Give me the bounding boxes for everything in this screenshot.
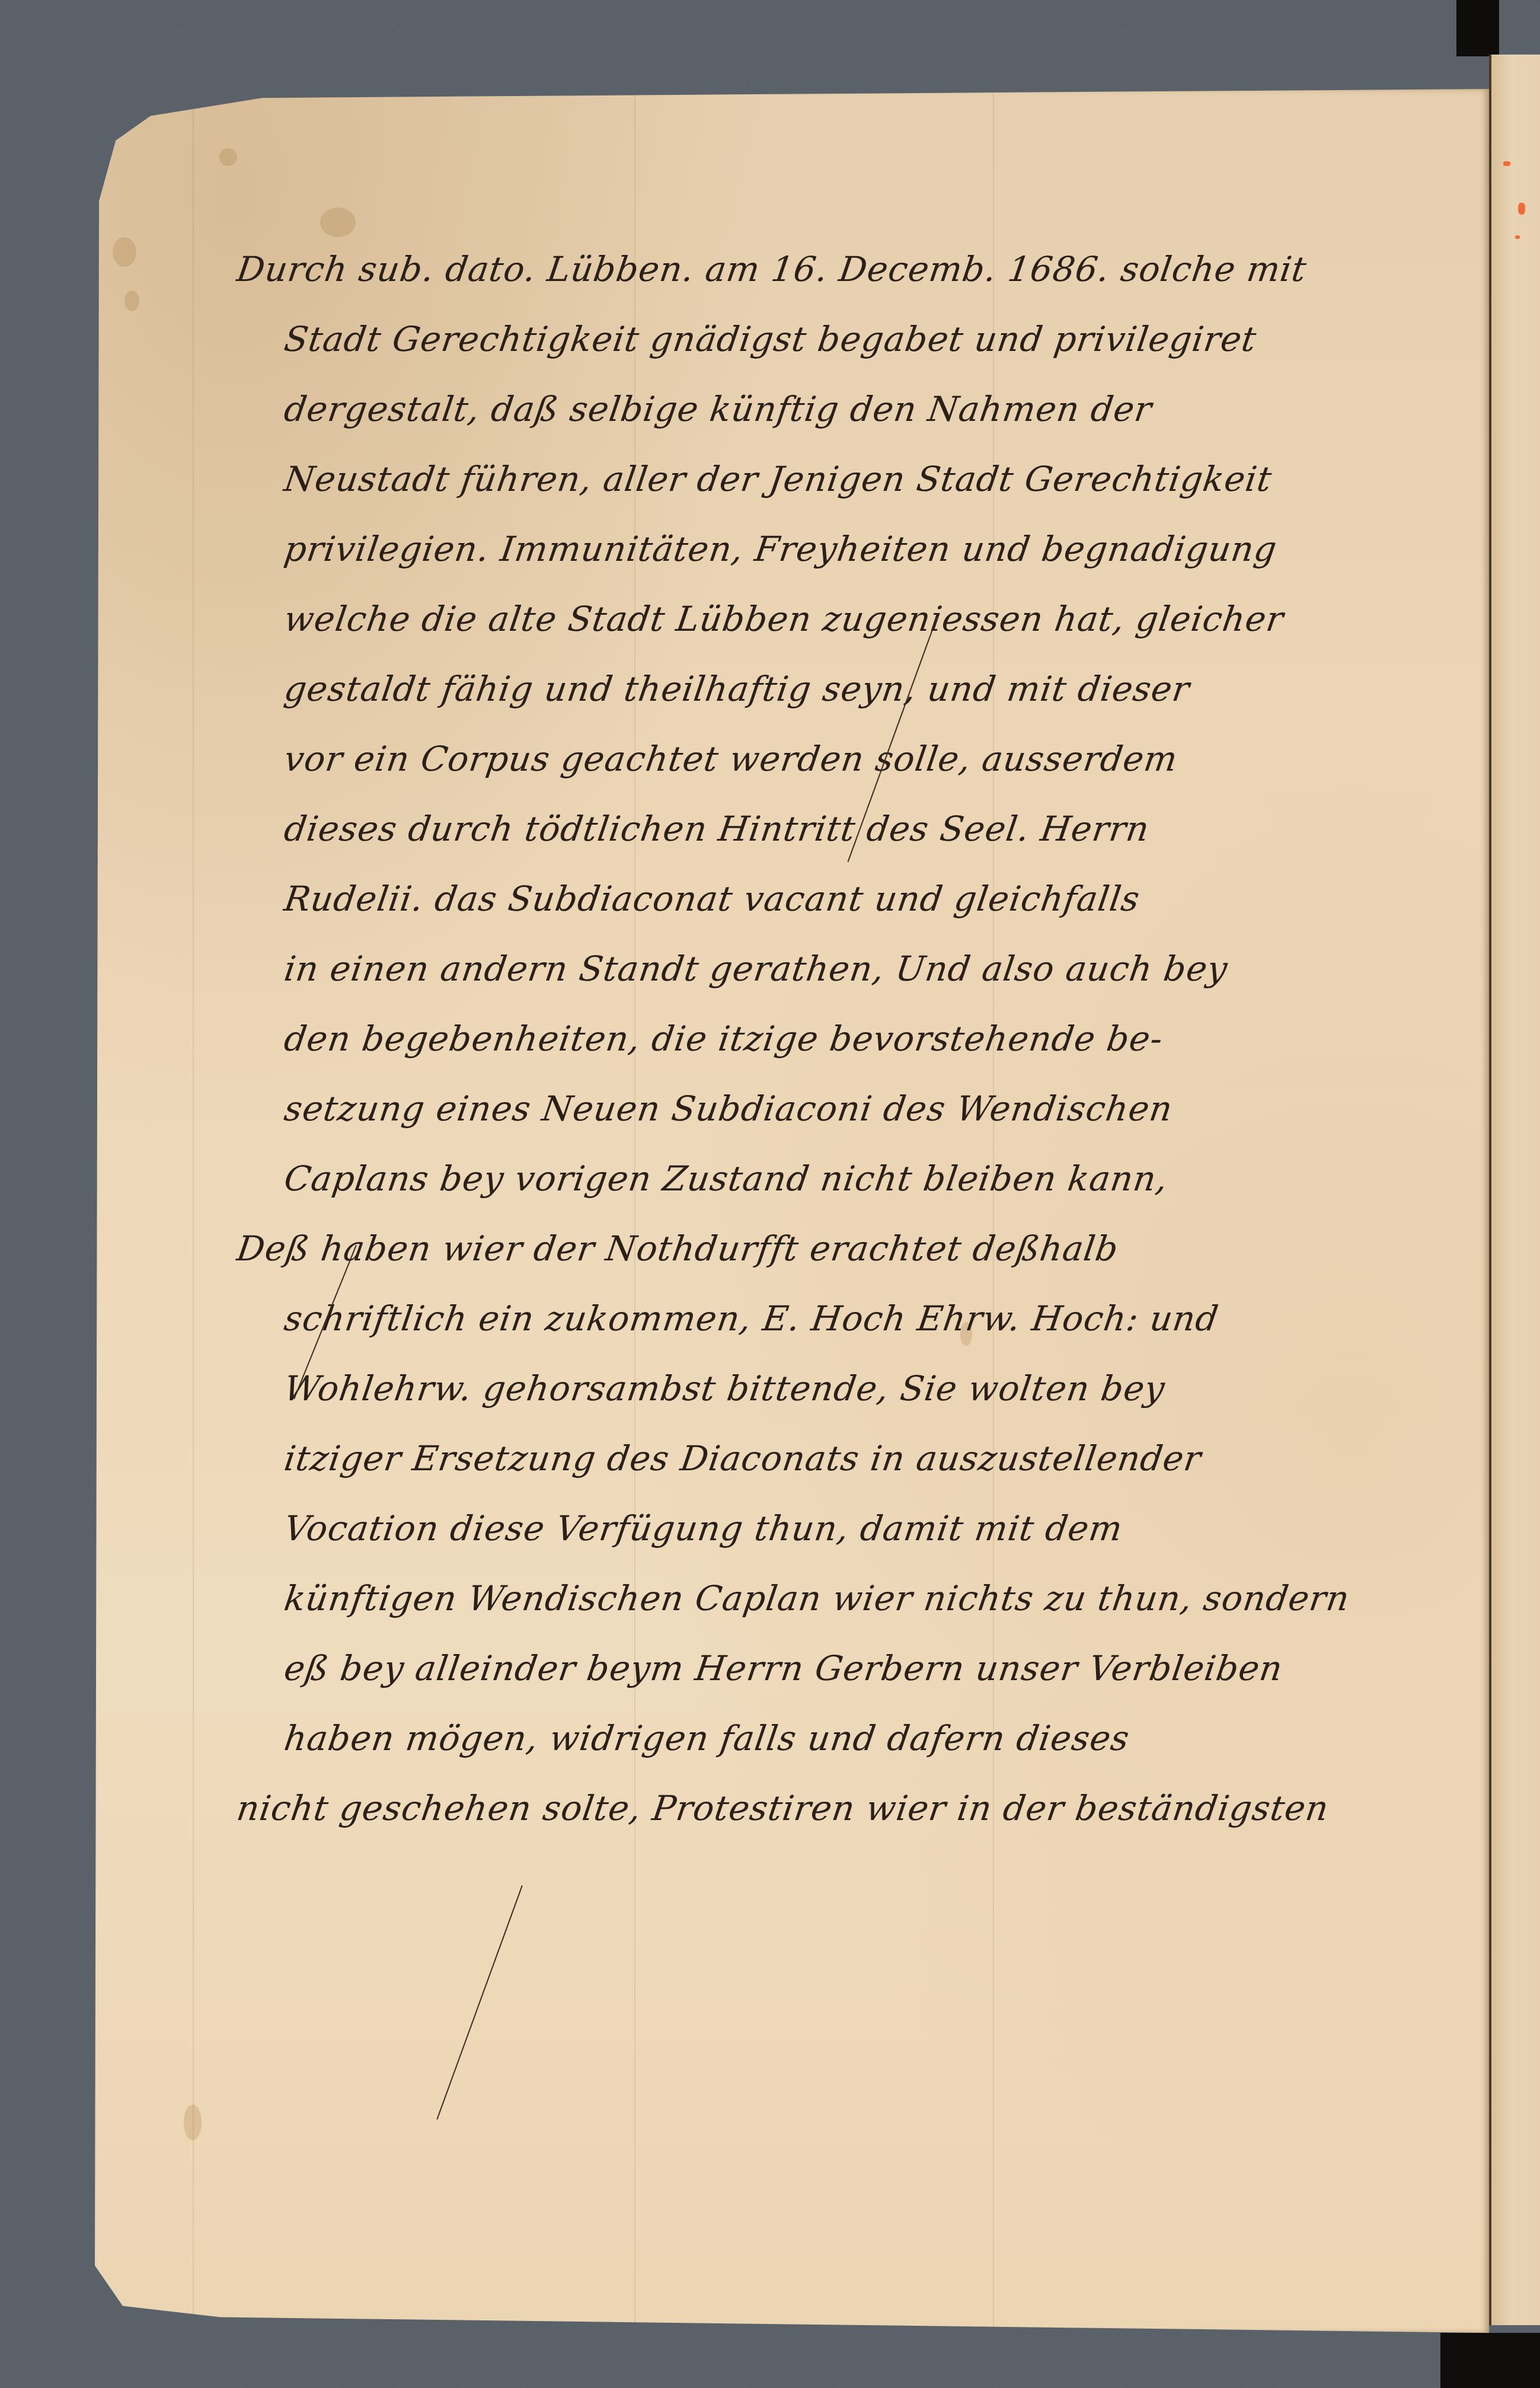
- red-ink-mark: [1518, 203, 1525, 215]
- text-line: Caplans bey vorigen Zustand nicht bleibe…: [256, 1144, 1505, 1214]
- text-line: eß bey alleinder beym Herrn Gerbern unse…: [256, 1633, 1505, 1703]
- text-line: schriftlich ein zukommen, E. Hoch Ehrw. …: [256, 1284, 1505, 1353]
- text-line: Wohlehrw. gehorsambst bittende, Sie wolt…: [256, 1353, 1505, 1423]
- text-line: Rudelii. das Subdiaconat vacant und glei…: [256, 864, 1505, 934]
- red-ink-mark: [1503, 161, 1510, 166]
- text-line: künftigen Wendischen Caplan wier nichts …: [256, 1563, 1505, 1633]
- text-line: Vocation diese Verfügung thun, damit mit…: [256, 1493, 1505, 1563]
- text-line: vor ein Corpus geachtet werden solle, au…: [256, 724, 1505, 794]
- text-line: in einen andern Standt gerathen, Und als…: [256, 934, 1505, 1004]
- text-line: itziger Ersetzung des Diaconats in auszu…: [256, 1423, 1505, 1493]
- text-line: welche die alte Stadt Lübben zugeniessen…: [256, 584, 1505, 654]
- paper-fold: [193, 89, 194, 2333]
- text-line: haben mögen, widrigen falls und dafern d…: [256, 1703, 1505, 1773]
- book-spine-bottom: [1440, 2333, 1540, 2388]
- text-line: Neustadt führen, aller der Jenigen Stadt…: [256, 444, 1505, 514]
- text-line: privilegien. Immunitäten, Freyheiten und…: [256, 514, 1505, 584]
- text-line: dergestalt, daß selbige künftig den Nahm…: [256, 374, 1505, 444]
- text-line: gestaldt fähig und theilhaftig seyn, und…: [256, 654, 1505, 724]
- book-spine-top: [1456, 0, 1499, 56]
- paper-stain: [124, 290, 139, 311]
- red-ink-mark: [1515, 235, 1520, 239]
- paper-stain: [219, 148, 237, 166]
- text-line: nicht geschehen solte, Protestiren wier …: [232, 1773, 1505, 1843]
- text-line: Durch sub. dato. Lübben. am 16. Decemb. …: [232, 234, 1505, 304]
- manuscript-text: Durch sub. dato. Lübben. am 16. Decemb. …: [261, 234, 1500, 1843]
- text-line: setzung eines Neuen Subdiaconi des Wendi…: [256, 1074, 1505, 1144]
- paper-stain: [113, 237, 136, 267]
- text-line: dieses durch tödtlichen Hintritt des See…: [256, 794, 1505, 864]
- text-line: Deß haben wier der Nothdurfft erachtet d…: [232, 1214, 1505, 1284]
- text-line: Stadt Gerechtigkeit gnädigst begabet und…: [256, 304, 1505, 374]
- text-line: den begebenheiten, die itzige bevorstehe…: [256, 1004, 1505, 1074]
- paper-stain: [320, 207, 356, 237]
